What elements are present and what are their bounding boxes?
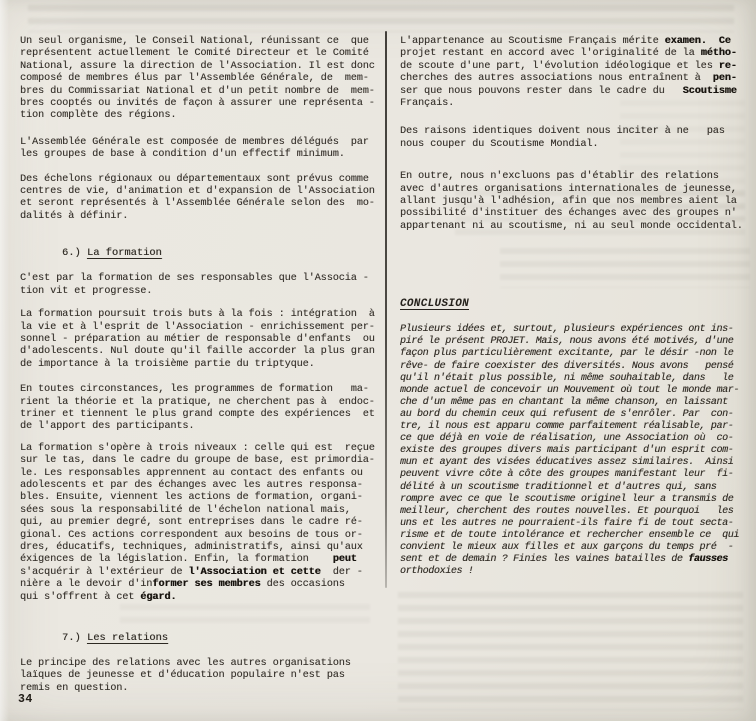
paragraph-relations-principe: Le principe des relations avec les autre…	[20, 658, 388, 695]
paragraph-echelons-regionaux: Des échelons régionaux ou départementaux…	[20, 174, 388, 224]
text-segment: projet restant en accord avec l'original…	[400, 48, 701, 59]
paragraph-scoutisme-mondial: Des raisons identiques doivent nous inci…	[400, 126, 754, 151]
text-segment: pen-	[713, 73, 737, 84]
section-number: 6.)	[62, 247, 87, 259]
paragraph-organisations-internationales: En outre, nous n'excluons pas d'établir …	[400, 171, 754, 233]
text-segment: L'appartenance au Scoutisme Français mér…	[400, 36, 665, 47]
text-segment: métho-	[701, 48, 737, 59]
left-column: Un seul organisme, le Conseil National, …	[20, 36, 388, 695]
section-title: Les relations	[87, 632, 168, 644]
page-edge-highlight	[0, 0, 9, 721]
page-number: 34	[18, 693, 33, 706]
text-segment: cherches des autres associations nous en…	[400, 73, 713, 84]
section-heading-relations: 7.) Les relations	[62, 632, 388, 644]
section-heading-formation: 6.) La formation	[62, 247, 388, 259]
paragraph-formation-buts: La formation poursuit trois buts à la fo…	[20, 309, 388, 371]
paragraph-assemblee-generale: L'Assemblée Générale est composée de mem…	[20, 137, 388, 162]
text-segment: former ses membres	[152, 579, 260, 590]
text-segment: ser que nous pouvons rester dans le cadr…	[400, 86, 683, 97]
text-segment: peut	[333, 554, 357, 565]
paragraph-formation-intro: C'est par la formation de ses responsabl…	[20, 273, 388, 298]
scanned-document-page: Un seul organisme, le Conseil National, …	[0, 0, 756, 721]
paragraph-conseil-national: Un seul organisme, le Conseil National, …	[20, 36, 388, 123]
bleedthrough-texture	[28, 5, 734, 32]
text-segment: s'acquérir à l'extérieur de	[20, 567, 188, 578]
text-segment: examen. Ce	[665, 36, 731, 47]
text-segment: l'Association et cette	[188, 567, 320, 578]
paragraph-formation-niveaux: La formation s'opère à trois niveaux : c…	[20, 443, 388, 604]
text-segment: La formation s'opère à trois niveaux : c…	[20, 443, 375, 566]
text-segment: orthodoxies !	[400, 566, 473, 577]
paragraph-scoutisme-francais: L'appartenance au Scoutisme Français mér…	[400, 36, 754, 110]
text-segment: Scoutisme	[683, 86, 737, 97]
paragraph-conclusion: Plusieurs idées et, surtout, plusieurs e…	[400, 324, 754, 578]
text-segment: Français.	[400, 98, 454, 109]
text-segment: de scoute d'une part, l'évolution idéolo…	[400, 61, 719, 72]
text-segment: égard.	[140, 592, 176, 603]
section-title: La formation	[87, 247, 162, 259]
section-number: 7.)	[62, 632, 87, 644]
text-segment: fausses	[688, 554, 728, 565]
right-column: L'appartenance au Scoutisme Français mér…	[400, 36, 754, 578]
paragraph-formation-programmes: En toutes circonstances, les programmes …	[20, 384, 388, 434]
bleedthrough-texture	[398, 592, 743, 710]
text-segment: Plusieurs idées et, surtout, plusieurs e…	[400, 324, 739, 565]
conclusion-heading: CONCLUSION	[400, 298, 469, 310]
text-segment: re-	[719, 61, 737, 72]
